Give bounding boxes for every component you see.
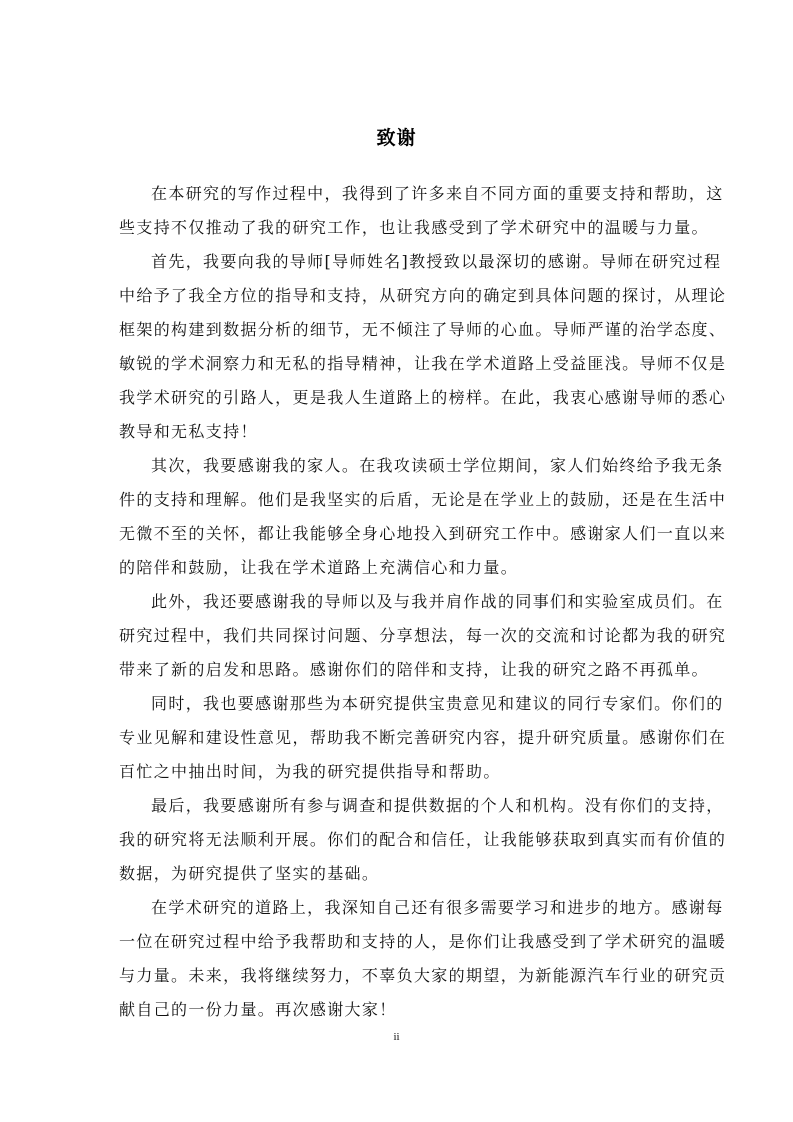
- paragraph-line: 的陪伴和鼓励，让我在学术道路上充满信心和力量。: [119, 551, 679, 585]
- paragraph-line: 研究过程中，我们共同探讨问题、分享想法，每一次的交流和讨论都为我的研究: [119, 619, 679, 653]
- paragraph-line: 敏锐的学术洞察力和无私的指导精神，让我在学术道路上受益匪浅。导师不仅是: [119, 347, 679, 381]
- paragraph-line: 中给予了我全方位的指导和支持，从研究方向的确定到具体问题的探讨，从理论: [119, 279, 679, 313]
- paragraph-line: 百忙之中抽出时间，为我的研究提供指导和帮助。: [119, 755, 679, 789]
- document-body: 在本研究的写作过程中，我得到了许多来自不同方面的重要支持和帮助，这 些支持不仅推…: [119, 177, 679, 1027]
- paragraph-line: 其次，我要感谢我的家人。在我攻读硕士学位期间，家人们始终给予我无条: [119, 449, 679, 483]
- paragraph-line: 些支持不仅推动了我的研究工作，也让我感受到了学术研究中的温暖与力量。: [119, 211, 679, 245]
- paragraph-line: 与力量。未来，我将继续努力，不辜负大家的期望，为新能源汽车行业的研究贡: [119, 959, 679, 993]
- paragraph-line: 无微不至的关怀，都让我能够全身心地投入到研究工作中。感谢家人们一直以来: [119, 517, 679, 551]
- paragraph-line: 带来了新的启发和思路。感谢你们的陪伴和支持，让我的研究之路不再孤单。: [119, 653, 679, 687]
- paragraph-experts: 同时，我也要感谢那些为本研究提供宝贵意见和建议的同行专家们。你们的 专业见解和建…: [119, 687, 679, 789]
- paragraph-line: 件的支持和理解。他们是我坚实的后盾，无论是在学业上的鼓励，还是在生活中: [119, 483, 679, 517]
- paragraph-line: 最后，我要感谢所有参与调查和提供数据的个人和机构。没有你们的支持，: [119, 789, 679, 823]
- paragraph-colleagues: 此外，我还要感谢我的导师以及与我并肩作战的同事们和实验室成员们。在 研究过程中，…: [119, 585, 679, 687]
- paragraph-line: 献自己的一份力量。再次感谢大家！: [119, 993, 679, 1027]
- document-page: 致谢 在本研究的写作过程中，我得到了许多来自不同方面的重要支持和帮助，这 些支持…: [0, 0, 793, 1122]
- paragraph-line: 我的研究将无法顺利开展。你们的配合和信任，让我能够获取到真实而有价值的: [119, 823, 679, 857]
- paragraph-line: 框架的构建到数据分析的细节，无不倾注了导师的心血。导师严谨的治学态度、: [119, 313, 679, 347]
- paragraph-intro: 在本研究的写作过程中，我得到了许多来自不同方面的重要支持和帮助，这 些支持不仅推…: [119, 177, 679, 245]
- page-number: ii: [0, 1030, 793, 1044]
- paragraph-closing: 在学术研究的道路上，我深知自己还有很多需要学习和进步的地方。感谢每 一位在研究过…: [119, 891, 679, 1027]
- paragraph-family: 其次，我要感谢我的家人。在我攻读硕士学位期间，家人们始终给予我无条 件的支持和理…: [119, 449, 679, 585]
- paragraph-line: 此外，我还要感谢我的导师以及与我并肩作战的同事们和实验室成员们。在: [119, 585, 679, 619]
- paragraph-line: 在学术研究的道路上，我深知自己还有很多需要学习和进步的地方。感谢每: [119, 891, 679, 925]
- paragraph-line: 同时，我也要感谢那些为本研究提供宝贵意见和建议的同行专家们。你们的: [119, 687, 679, 721]
- paragraph-line: 我学术研究的引路人，更是我人生道路上的榜样。在此，我衷心感谢导师的悉心: [119, 381, 679, 415]
- paragraph-line: 一位在研究过程中给予我帮助和支持的人，是你们让我感受到了学术研究的温暖: [119, 925, 679, 959]
- paragraph-line: 专业见解和建设性意见，帮助我不断完善研究内容，提升研究质量。感谢你们在: [119, 721, 679, 755]
- paragraph-line: 在本研究的写作过程中，我得到了许多来自不同方面的重要支持和帮助，这: [119, 177, 679, 211]
- paragraph-participants: 最后，我要感谢所有参与调查和提供数据的个人和机构。没有你们的支持， 我的研究将无…: [119, 789, 679, 891]
- paragraph-line: 首先，我要向我的导师[导师姓名]教授致以最深切的感谢。导师在研究过程: [119, 245, 679, 279]
- page-title: 致谢: [0, 124, 793, 152]
- paragraph-line: 数据，为研究提供了坚实的基础。: [119, 857, 679, 891]
- paragraph-advisor: 首先，我要向我的导师[导师姓名]教授致以最深切的感谢。导师在研究过程 中给予了我…: [119, 245, 679, 449]
- paragraph-line: 教导和无私支持！: [119, 415, 679, 449]
